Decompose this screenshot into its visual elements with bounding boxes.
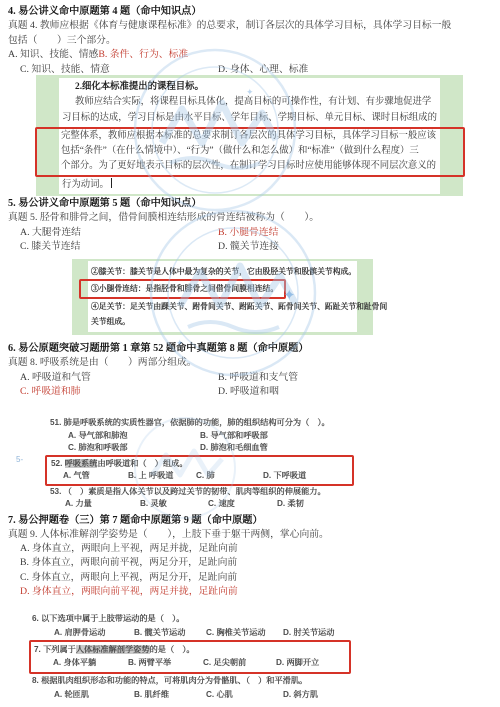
exercise-excerpt-1: 51. 肺是呼吸系统的实质性器官，依据肺的功能，肺的组织结构可分为（ ）。 A.…: [50, 417, 354, 511]
section-q4-header: 4. 易公讲义命中原题第 4 题（命中知识点）: [8, 4, 451, 19]
exercise-excerpt-2: 6. 以下选项中属于上肢带运动的是（ ）。 A. 肩胛骨运动B. 髋关节运动C.…: [32, 612, 351, 702]
ex-q53-option-b: B. 灵敏: [140, 498, 208, 511]
q8-stem: 真题 8. 呼吸系统是由（ ）两部分组成。: [8, 356, 309, 371]
ex-q8-option-d: D. 斜方肌: [283, 688, 318, 702]
text-cursor: [111, 178, 112, 188]
q5-options-row1: A. 大腿骨连结B. 小腿骨连结: [8, 226, 319, 241]
green-note-block-q4: 2.细化本标准提出的课程目标。 教师应结合实际，将课程目标具体化，提高目标的可操…: [36, 75, 463, 196]
q9-stem: 真题 9. 人体标准解剖学姿势是（ ），上肢下垂于躯干两侧，掌心向前。: [8, 528, 329, 542]
section-q7: 7. 易公押题卷（三）第 7 题命中原题第 9 题（命中原题） 真题 9. 人体…: [8, 513, 329, 599]
section-q6-header: 6. 易公原题突破习题册第 1 章第 52 题命中真题第 8 题（命中原题）: [8, 341, 309, 356]
ex-q53-option-d: D. 柔韧: [277, 498, 304, 511]
note4-line1: 教师应结合实际，将课程目标具体化，提高目标的可操作性，有计划、有步骤地促进学: [62, 95, 438, 110]
ex-q53-option-a: A. 力量: [65, 498, 140, 511]
note5-item4-cont: 关节组成。: [91, 314, 356, 329]
note5-item3-row: ③小腿骨连结：是指胫骨和腓骨之间借骨间膜相连结。: [91, 279, 356, 298]
ex-q51-stem: 51. 肺是呼吸系统的实质性器官，依据肺的功能，肺的组织结构可分为（ ）。: [50, 417, 354, 430]
note4-heading: 2.细化本标准提出的课程目标。: [62, 80, 438, 95]
note4-tail-line: 行为动词。: [62, 178, 438, 193]
q8-option-a: A. 呼吸道和气管: [20, 371, 218, 386]
ex-q7-option-d: D. 两脚开立: [276, 656, 319, 670]
q4-option-a: A. 知识、技能、情感: [8, 49, 98, 60]
margin-marker: 5-: [16, 455, 23, 464]
ex-q6-option-c: C. 胸椎关节运动: [206, 626, 283, 640]
q8-options-row1: A. 呼吸道和气管B. 呼吸道和支气管: [8, 371, 309, 386]
note4-boxed-line2: 包括“条件”（在什么情境中）、“行为”（做什么和怎么做）和“标准”（做到什么程度…: [61, 144, 439, 159]
q4-option-d: D. 身体、心理、标准: [218, 64, 308, 75]
ex-q7-option-a: A. 身体平躺: [53, 656, 128, 670]
q5-options-row2: C. 膝关节连结D. 髋关节连接: [8, 240, 319, 255]
q9-option-d-answer: D. 身体直立，两眼向前平视，两足并拢，足趾向前: [8, 585, 329, 599]
q5-option-a: A. 大腿骨连结: [20, 226, 218, 241]
ex-q7-option-b: B. 两臂平举: [128, 656, 203, 670]
q5-option-b-answer: B. 小腿骨连结: [218, 227, 278, 238]
section-q4: 4. 易公讲义命中原题第 4 题（命中知识点） 真题 4. 教师应根据《体育与健…: [8, 4, 451, 77]
ex-q53-stem: 53. （ ）素质是指人体关节以及跨过关节的韧带、肌肉等组织的伸展能力。: [50, 486, 354, 499]
ex-q52-option-c: C. 肺: [196, 470, 263, 483]
ex-q8-option-b: B. 肌纤维: [134, 688, 206, 702]
note5-item4: ④足关节：足关节由踝关节、跗骨间关节、跗跖关节、跖骨间关节、跖趾关节和趾骨间: [91, 299, 356, 314]
section-q5: 5. 易公讲义命中原题第 5 题（命中知识点） 真题 5. 胫骨和腓骨之间，借骨…: [8, 196, 319, 255]
red-annotation-box-note5: ③小腿骨连结：是指胫骨和腓骨之间借骨间膜相连结。: [79, 279, 286, 298]
section-q7-header: 7. 易公押题卷（三）第 7 题命中原题第 9 题（命中原题）: [8, 513, 329, 528]
ex-q8-option-c: C. 心肌: [206, 688, 283, 702]
ex-q52-stem: 52. 呼吸系统由呼吸道和（ ）组成。: [51, 458, 352, 471]
q8-option-b: B. 呼吸道和支气管: [218, 372, 298, 383]
ex-q6-option-d: D. 肘关节运动: [283, 626, 334, 640]
ex-q8-options-row: A. 轮匝肌B. 肌纤维C. 心肌D. 斜方肌: [32, 688, 351, 702]
ex-q51-option-b: B. 导气部和呼吸部: [200, 430, 268, 443]
q4-option-b-answer: B. 条件、行为、标准: [98, 49, 188, 60]
ex-q51-option-d: D. 肺泡和毛细血管: [200, 442, 268, 455]
q9-option-c: C. 身体直立，两眼向上平视，两足分开，足趾向前: [8, 571, 329, 585]
ex-q8-stem: 8. 根据肌肉组织形态和功能的特点，可将肌肉分为骨骼肌、（ ）和平滑肌。: [32, 674, 351, 688]
red-annotation-box-q7: 7. 下列属于人体标准解剖学姿势的是（ ）。 A. 身体平躺B. 两臂平举C. …: [29, 640, 351, 675]
ex-q7-stem: 7. 下列属于人体标准解剖学姿势的是（ ）。: [34, 643, 349, 657]
ex-q6-option-a: A. 肩胛骨运动: [54, 626, 134, 640]
q9-option-b: B. 身体直立，两眼向前平视，两足分开，足趾向前: [8, 556, 329, 570]
ex-q51-options-row1: A. 导气部和肺泡B. 导气部和呼吸部: [50, 430, 354, 443]
red-annotation-box-note4: 完整体系，教师应根据本标准的总要求制订各层次的具体学习目标，具体学习目标一般应该…: [35, 127, 465, 177]
ex-q7-option-c: C. 足尖朝前: [203, 656, 276, 670]
ex-q6-stem: 6. 以下选项中属于上肢带运动的是（ ）。: [32, 612, 351, 626]
q5-option-c: C. 膝关节连结: [20, 240, 218, 255]
note4-boxed-line3: 个部分。为了更好地表示目标的层次性，在制订学习目标时应使用能够体现不同层次意义的: [61, 159, 439, 174]
q4-options-row1: A. 知识、技能、情感B. 条件、行为、标准: [8, 48, 451, 63]
ex-q7-options-row: A. 身体平躺B. 两臂平举C. 足尖朝前D. 两脚开立: [34, 656, 349, 670]
ex-q53-options-row: A. 力量B. 灵敏C. 速度D. 柔韧: [50, 498, 354, 511]
ex-q52-option-a: A. 气管: [63, 470, 128, 483]
note4-boxed-line1: 完整体系，教师应根据本标准的总要求制订各层次的具体学习目标，具体学习目标一般应该: [61, 129, 439, 144]
green-note-q5-content: ②膝关节：膝关节是人体中最为复杂的关节，它由股胫关节和股髌关节构成。 ③小腿骨连…: [88, 261, 357, 332]
q8-option-d: D. 呼吸道和咽: [218, 386, 279, 397]
q4-stem-line2: 包括（ ）三个部分。: [8, 34, 451, 49]
q4-stem-line1: 真题 4. 教师应根据《体育与健康课程标准》的总要求，制订各层次的具体学习目标，…: [8, 19, 451, 34]
q5-option-d: D. 髋关节连接: [218, 241, 279, 252]
q9-option-a: A. 身体直立，两眼向上平视，两足并拢，足趾向前: [8, 542, 329, 556]
q8-options-row2: C. 呼吸道和肺D. 呼吸道和咽: [8, 385, 309, 400]
red-annotation-box-q52: 52. 呼吸系统由呼吸道和（ ）组成。 A. 气管B. 上 呼吸道C. 肺D. …: [45, 455, 354, 486]
ex-q51-options-row2: C. 肺泡和呼吸部D. 肺泡和毛细血管: [50, 442, 354, 455]
note5-item2: ②膝关节：膝关节是人体中最为复杂的关节，它由股胫关节和股髌关节构成。: [91, 264, 356, 279]
gray-highlight-q52: 呼吸系统: [65, 459, 98, 468]
ex-q53-option-c: C. 速度: [208, 498, 277, 511]
gray-highlight-q7: 人体标准解剖学姿势: [76, 645, 150, 654]
ex-q52-options-row: A. 气管B. 上 呼吸道C. 肺D. 下呼吸道: [51, 470, 352, 483]
section-q5-header: 5. 易公讲义命中原题第 5 题（命中知识点）: [8, 196, 319, 211]
q5-stem: 真题 5. 胫骨和腓骨之间，借骨间膜相连结形成的骨连结被称为（ ）。: [8, 211, 319, 226]
q8-option-c-answer: C. 呼吸道和肺: [8, 385, 218, 400]
ex-q52-option-b: B. 上 呼吸道: [128, 470, 196, 483]
document-page: 4. 易公讲义命中原题第 4 题（命中知识点） 真题 4. 教师应根据《体育与健…: [0, 0, 500, 707]
ex-q52-option-d: D. 下呼吸道: [263, 470, 306, 483]
green-note-block-q5: ②膝关节：膝关节是人体中最为复杂的关节，它由股胫关节和股髌关节构成。 ③小腿骨连…: [72, 259, 373, 335]
ex-q6-option-b: B. 髋关节运动: [134, 626, 206, 640]
note4-line2: 习目标的达成，学习目标是由水平目标、学年目标、学期目标、单元目标、课时目标组成的: [62, 111, 438, 126]
ex-q8-option-a: A. 轮匝肌: [54, 688, 134, 702]
section-q6: 6. 易公原题突破习题册第 1 章第 52 题命中真题第 8 题（命中原题） 真…: [8, 341, 309, 400]
ex-q6-options-row: A. 肩胛骨运动B. 髋关节运动C. 胸椎关节运动D. 肘关节运动: [32, 626, 351, 640]
ex-q51-option-c: C. 肺泡和呼吸部: [68, 442, 200, 455]
green-note-q4-content: 2.细化本标准提出的课程目标。 教师应结合实际，将课程目标具体化，提高目标的可操…: [59, 78, 440, 194]
ex-q51-option-a: A. 导气部和肺泡: [68, 430, 200, 443]
